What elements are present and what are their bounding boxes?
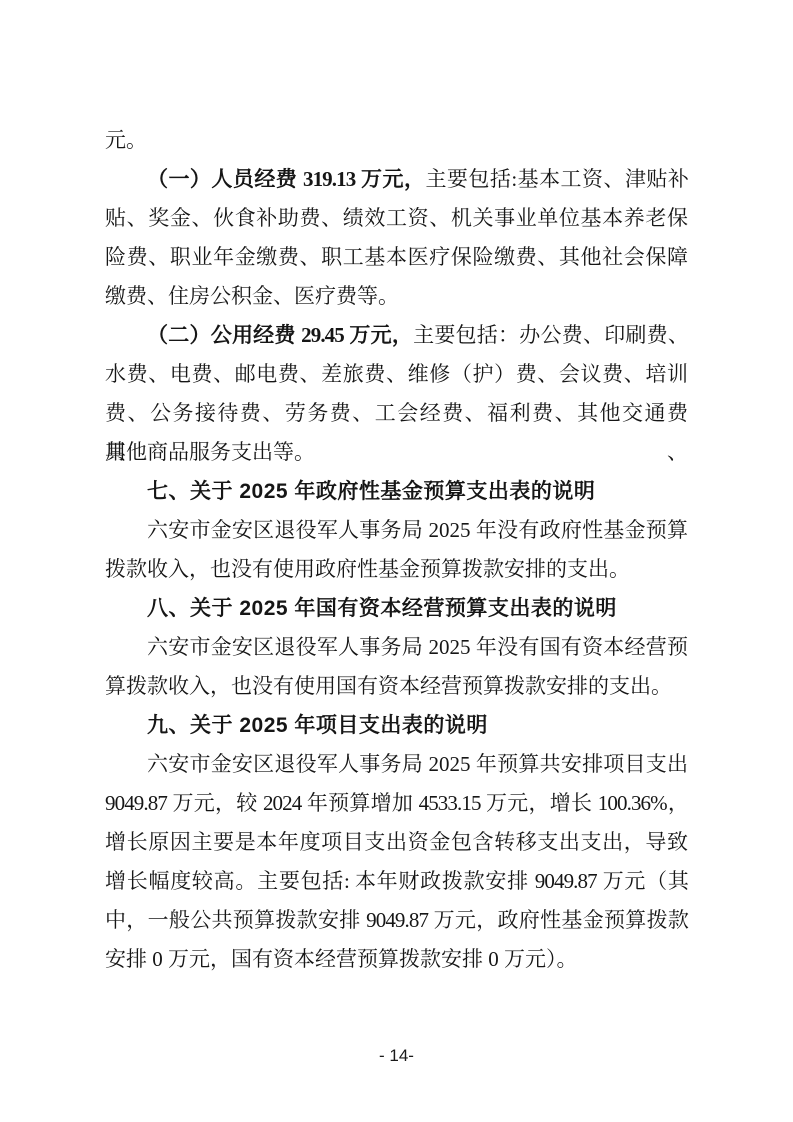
text-line: 贴、奖金、伙食补助费、绩效工资、机关事业单位基本养老保: [105, 199, 688, 238]
text-segment: 安排 0 万元，国有资本经营预算拨款安排 0 万元）。: [105, 947, 578, 971]
text-line: 七、关于 2025 年政府性基金预算支出表的说明: [105, 472, 688, 511]
text-segment: 其他商品服务支出等。: [105, 440, 315, 464]
text-line: 拨款收入，也没有使用政府性基金预算拨款安排的支出。: [105, 550, 688, 589]
document-body: 元。（一）人员经费 319.13 万元，主要包括:基本工资、津贴补贴、奖金、伙食…: [105, 121, 688, 979]
text-line: 六安市金安区退役军人事务局 2025 年没有国有资本经营预: [105, 628, 688, 667]
text-line: 六安市金安区退役军人事务局 2025 年预算共安排项目支出: [105, 745, 688, 784]
text-segment: 九、关于 2025 年项目支出表的说明: [147, 714, 488, 737]
text-segment: 增长幅度较高。主要包括: 本年财政拨款安排 9049.87 万元（其: [105, 869, 688, 893]
text-line: 中，一般公共预算拨款安排 9049.87 万元，政府性基金预算拨款: [105, 901, 688, 940]
text-segment: 9049.87 万元，较 2024 年预算增加 4533.15 万元，增长 10…: [105, 791, 688, 815]
text-line: 六安市金安区退役军人事务局 2025 年没有政府性基金预算: [105, 511, 688, 550]
text-line: 费、公务接待费、劳务费、工会经费、福利费、其他交通费用、: [105, 394, 688, 433]
text-segment: 中，一般公共预算拨款安排 9049.87 万元，政府性基金预算拨款: [105, 908, 688, 932]
text-segment: 八、关于 2025 年国有资本经营预算支出表的说明: [147, 597, 617, 620]
text-line: 增长原因主要是本年度项目支出资金包含转移支出支出，导致: [105, 823, 688, 862]
text-segment: 六安市金安区退役军人事务局 2025 年没有国有资本经营预: [147, 635, 688, 659]
text-segment: 主要包括：办公费、印刷费、: [413, 323, 688, 347]
text-segment: 险费、职业年金缴费、职工基本医疗保险缴费、其他社会保障: [105, 245, 688, 269]
text-segment: （一）人员经费 319.13 万元，: [147, 167, 425, 191]
text-segment: 算拨款收入，也没有使用国有资本经营预算拨款安排的支出。: [105, 674, 672, 698]
text-segment: 拨款收入，也没有使用政府性基金预算拨款安排的支出。: [105, 557, 630, 581]
text-line: 算拨款收入，也没有使用国有资本经营预算拨款安排的支出。: [105, 667, 688, 706]
text-segment: （二）公用经费 29.45 万元，: [147, 323, 413, 347]
text-line: 元。: [105, 121, 688, 160]
text-line: 险费、职业年金缴费、职工基本医疗保险缴费、其他社会保障: [105, 238, 688, 277]
text-segment: 增长原因主要是本年度项目支出资金包含转移支出支出，导致: [105, 830, 688, 854]
text-segment: 元。: [105, 128, 147, 152]
text-segment: 七、关于 2025 年政府性基金预算支出表的说明: [147, 480, 595, 503]
text-line: 安排 0 万元，国有资本经营预算拨款安排 0 万元）。: [105, 940, 688, 979]
text-line: 缴费、住房公积金、医疗费等。: [105, 277, 688, 316]
text-segment: 主要包括:基本工资、津贴补: [425, 167, 688, 191]
text-line: 水费、电费、邮电费、差旅费、维修（护）费、会议费、培训: [105, 355, 688, 394]
document-page: 元。（一）人员经费 319.13 万元，主要包括:基本工资、津贴补贴、奖金、伙食…: [0, 0, 793, 1122]
text-segment: 六安市金安区退役军人事务局 2025 年没有政府性基金预算: [147, 518, 688, 542]
text-line: 增长幅度较高。主要包括: 本年财政拨款安排 9049.87 万元（其: [105, 862, 688, 901]
text-line: 九、关于 2025 年项目支出表的说明: [105, 706, 688, 745]
text-segment: 贴、奖金、伙食补助费、绩效工资、机关事业单位基本养老保: [105, 206, 688, 230]
text-line: 9049.87 万元，较 2024 年预算增加 4533.15 万元，增长 10…: [105, 784, 688, 823]
text-segment: 缴费、住房公积金、医疗费等。: [105, 284, 399, 308]
text-segment: 水费、电费、邮电费、差旅费、维修（护）费、会议费、培训: [105, 362, 688, 386]
text-line: 八、关于 2025 年国有资本经营预算支出表的说明: [105, 589, 688, 628]
page-number: - 14-: [0, 1044, 793, 1068]
text-segment: 六安市金安区退役军人事务局 2025 年预算共安排项目支出: [147, 752, 688, 776]
text-line: （二）公用经费 29.45 万元，主要包括：办公费、印刷费、: [105, 316, 688, 355]
text-line: （一）人员经费 319.13 万元，主要包括:基本工资、津贴补: [105, 160, 688, 199]
